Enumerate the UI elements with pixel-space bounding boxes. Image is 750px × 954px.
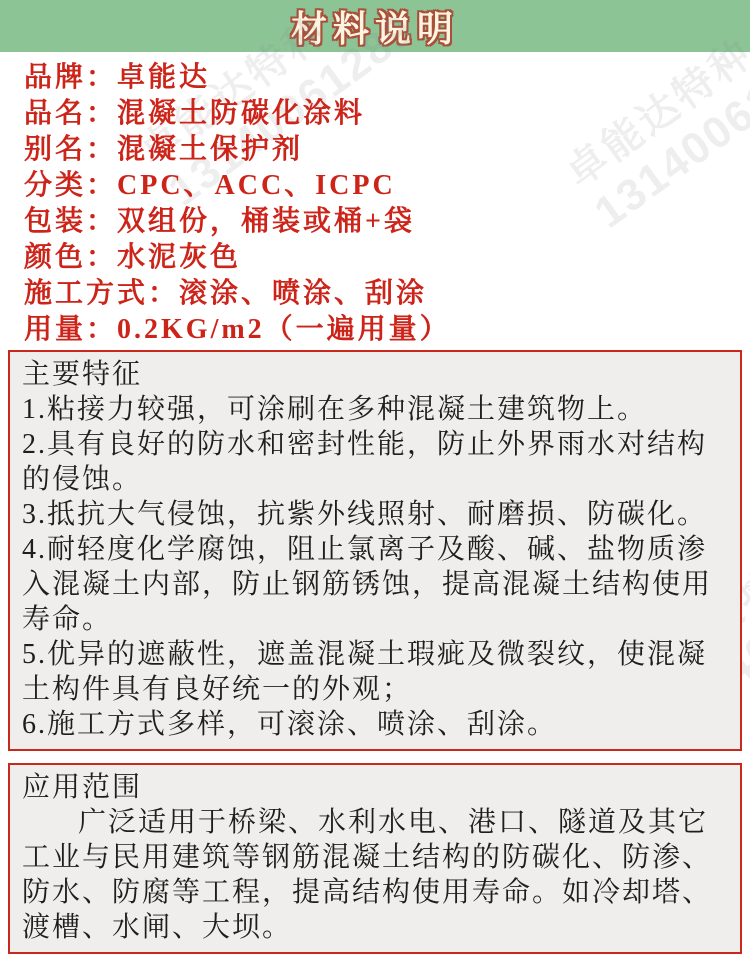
property-line-product-name: 品名：混凝土防碳化涂料 [24, 96, 740, 132]
header-banner: 材料说明 [0, 0, 750, 52]
property-value: 0.2KG/m2（一遍用量） [117, 314, 451, 345]
property-line-category: 分类：CPC、ACC、ICPC [24, 168, 740, 204]
property-label: 品牌： [24, 62, 117, 93]
property-label: 施工方式： [24, 278, 179, 309]
property-value: 双组份，桶装或桶+袋 [117, 206, 415, 237]
property-label: 品名： [24, 98, 117, 129]
property-value: 卓能达 [117, 62, 210, 93]
property-line-dosage: 用量：0.2KG/m2（一遍用量） [24, 312, 740, 348]
property-label: 颜色： [24, 242, 117, 273]
product-properties: 品牌：卓能达 品名：混凝土防碳化涂料 别名：混凝土保护剂 分类：CPC、ACC、… [0, 52, 750, 348]
application-body: 广泛适用于桥梁、水利水电、港口、隧道及其它工业与民用建筑等钢筋混凝土结构的防碳化… [22, 805, 728, 945]
property-value: CPC、ACC、ICPC [117, 170, 396, 201]
product-description-page: 材料说明 卓能达特种 13140061289 卓能达特种 13140061289… [0, 0, 750, 954]
feature-item-2: 2.具有良好的防水和密封性能，防止外界雨水对结构的侵蚀。 [22, 427, 728, 497]
property-line-packaging: 包装：双组份，桶装或桶+袋 [24, 204, 740, 240]
property-label: 包装： [24, 206, 117, 237]
property-value: 混凝土防碳化涂料 [117, 98, 365, 129]
property-value: 滚涂、喷涂、刮涂 [179, 278, 427, 309]
property-value: 水泥灰色 [117, 242, 241, 273]
property-label: 用量： [24, 314, 117, 345]
feature-item-1: 1.粘接力较强，可涂刷在多种混凝土建筑物上。 [22, 392, 728, 427]
page-title: 材料说明 [291, 1, 459, 52]
feature-item-3: 3.抵抗大气侵蚀，抗紫外线照射、耐磨损、防碳化。 [22, 497, 728, 532]
application-heading: 应用范围 [22, 770, 728, 805]
feature-item-6: 6.施工方式多样，可滚涂、喷涂、刮涂。 [22, 707, 728, 742]
features-heading: 主要特征 [22, 357, 728, 392]
property-line-brand: 品牌：卓能达 [24, 60, 740, 96]
property-line-color: 颜色：水泥灰色 [24, 240, 740, 276]
features-box: 主要特征 1.粘接力较强，可涂刷在多种混凝土建筑物上。 2.具有良好的防水和密封… [8, 350, 742, 751]
feature-item-5: 5.优异的遮蔽性，遮盖混凝土瑕疵及微裂纹，使混凝土构件具有良好统一的外观； [22, 637, 728, 707]
property-value: 混凝土保护剂 [117, 134, 303, 165]
property-line-application-method: 施工方式：滚涂、喷涂、刮涂 [24, 276, 740, 312]
property-label: 别名： [24, 134, 117, 165]
application-box: 应用范围 广泛适用于桥梁、水利水电、港口、隧道及其它工业与民用建筑等钢筋混凝土结… [8, 763, 742, 954]
property-line-alias: 别名：混凝土保护剂 [24, 132, 740, 168]
property-label: 分类： [24, 170, 117, 201]
feature-item-4: 4.耐轻度化学腐蚀，阻止氯离子及酸、碱、盐物质渗入混凝土内部，防止钢筋锈蚀，提高… [22, 532, 728, 637]
